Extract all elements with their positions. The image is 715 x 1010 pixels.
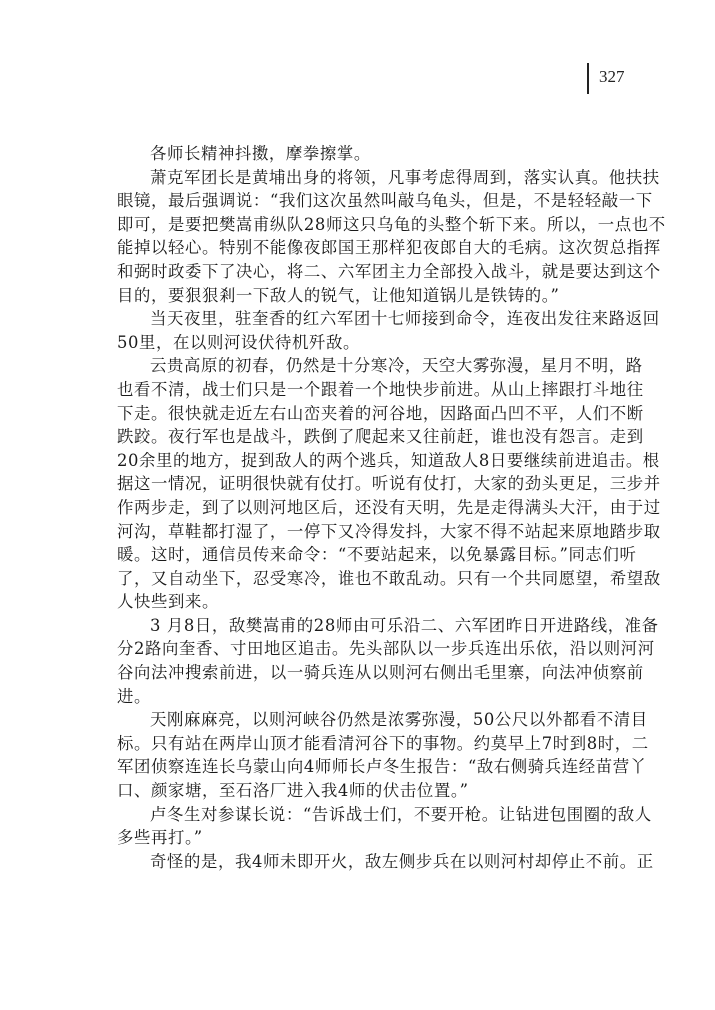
paragraph-3: 当天夜里，驻奎香的红六军团十七师接到命令，连夜出发往来路返回 50里，在以则河设… (117, 307, 623, 354)
text-line: 能掉以轻心。特别不能像夜郎国王那样犯夜郎自大的毛病。这次贺总指挥 (117, 236, 623, 260)
text-line: 20余里的地方，捉到敌人的两个逃兵，知道敌人8日要继续前进追击。根 (117, 449, 623, 473)
text-line: 各师长精神抖擞，摩拳擦掌。 (117, 142, 623, 166)
paragraph-4: 云贵高原的初春，仍然是十分寒冷，天空大雾弥漫，星月不明，路 也看不清，战士们只是… (117, 354, 623, 614)
text-line: 目的，要狠狠剎一下敌人的锐气，让他知道锅儿是铁铸的。” (117, 284, 623, 308)
text-line: 作两步走，到了以则河地区后，还没有天明，先是走得满头大汗，由于过 (117, 496, 623, 520)
page-header: 327 (587, 63, 647, 94)
text-line: 奇怪的是，我4师未即开火，敌左侧步兵在以则河村却停止不前。正 (117, 850, 623, 874)
text-line: 下走。很快就走近左右山峦夹着的河谷地，因路面凸凹不平，人们不断 (117, 402, 623, 426)
text-line: 暖。这时，通信员传来命令：“不要站起来，以免暴露目标。”同志们听 (117, 543, 623, 567)
text-line: 多些再打。” (117, 826, 623, 850)
text-line: 标。只有站在两岸山顶才能看清河谷下的事物。约莫早上7时到8时，二 (117, 732, 623, 756)
text-line: 和弼时政委下了决心，将二、六军团主力全部投入战斗，就是要达到这个 (117, 260, 623, 284)
text-line: 眼镜，最后强调说：“我们这次虽然叫敲乌龟头，但是，不是轻轻敲一下 (117, 189, 623, 213)
text-line: 军团侦察连连长乌蒙山向4师师长卢冬生报告：“敌右侧骑兵连经苗营丫 (117, 755, 623, 779)
text-line: 河沟，草鞋都打湿了，一停下又冷得发抖，大家不得不站起来原地踏步取 (117, 520, 623, 544)
text-line: 谷向法冲搜索前进，以一骑兵连从以则河右侧出毛里寨，向法冲侦察前 (117, 661, 623, 685)
paragraph-8: 奇怪的是，我4师未即开火，敌左侧步兵在以则河村却停止不前。正 (117, 850, 623, 874)
text-line: 跌跤。夜行军也是战斗，跌倒了爬起来又往前赶，谁也没有怨言。走到 (117, 425, 623, 449)
header-rule (587, 63, 589, 94)
text-line: 当天夜里，驻奎香的红六军团十七师接到命令，连夜出发往来路返回 (117, 307, 623, 331)
text-line: 天刚麻麻亮，以则河峡谷仍然是浓雾弥漫，50公尺以外都看不清目 (117, 708, 623, 732)
text-line: 即可，是要把樊嵩甫纵队28师这只乌龟的头整个斩下来。所以，一点也不 (117, 213, 623, 237)
text-line: 3 月8日，敌樊嵩甫的28师由可乐沿二、六军团昨日开进路线，准备 (117, 614, 623, 638)
text-line: 人快些到来。 (117, 590, 623, 614)
text-line: 卢冬生对参谋长说：“告诉战士们，不要开枪。让钻进包围圈的敌人 (117, 803, 623, 827)
text-line: 分2路向奎香、寸田地区追击。先头部队以一步兵连出乐依，沿以则河河 (117, 637, 623, 661)
paragraph-6: 天刚麻麻亮，以则河峡谷仍然是浓雾弥漫，50公尺以外都看不清目 标。只有站在两岸山… (117, 708, 623, 802)
text-line: 了，又自动坐下，忍受寒冷，谁也不敢乱动。只有一个共同愿望，希望敌 (117, 567, 623, 591)
text-line: 50里，在以则河设伏待机歼敌。 (117, 331, 623, 355)
text-line: 云贵高原的初春，仍然是十分寒冷，天空大雾弥漫，星月不明，路 (117, 354, 623, 378)
paragraph-5: 3 月8日，敌樊嵩甫的28师由可乐沿二、六军团昨日开进路线，准备 分2路向奎香、… (117, 614, 623, 708)
text-line: 据这一情况，证明很快就有仗打。听说有仗打，大家的劲头更足，三步并 (117, 472, 623, 496)
text-line: 也看不清，战士们只是一个跟着一个地快步前进。从山上摔跟打斗地往 (117, 378, 623, 402)
paragraph-2: 萧克军团长是黄埔出身的将领，凡事考虑得周到，落实认真。他扶扶 眼镜，最后强调说：… (117, 166, 623, 308)
paragraph-7: 卢冬生对参谋长说：“告诉战士们，不要开枪。让钻进包围圈的敌人 多些再打。” (117, 803, 623, 850)
paragraph-1: 各师长精神抖擞，摩拳擦掌。 (117, 142, 623, 166)
text-line: 萧克军团长是黄埔出身的将领，凡事考虑得周到，落实认真。他扶扶 (117, 166, 623, 190)
page-number: 327 (599, 67, 625, 87)
text-line: 口、颜家塘，至石洛厂进入我4师的伏击位置。” (117, 779, 623, 803)
body-text: 各师长精神抖擞，摩拳擦掌。 萧克军团长是黄埔出身的将领，凡事考虑得周到，落实认真… (117, 142, 623, 873)
text-line: 进。 (117, 685, 623, 709)
